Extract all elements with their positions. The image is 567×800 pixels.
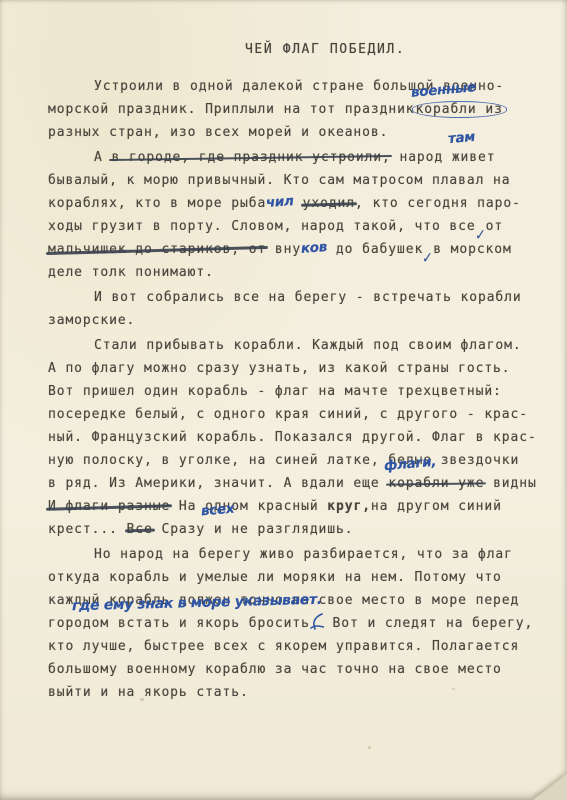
text-line: где ему знак в море указывает.городом вс… — [48, 612, 549, 635]
text-line: посередке белый, с одного края синий, с … — [48, 403, 549, 426]
typed-text: большому военному кораблю за час точно н… — [48, 662, 502, 677]
text-line: И вот собрались все на берегу - встречат… — [48, 286, 549, 309]
text-line: большому военному кораблю за час точно н… — [48, 658, 549, 681]
text-line: деле толк понимают. — [48, 261, 549, 284]
text-line: крест... Все Сразувсех и не разглядишь. — [48, 518, 549, 541]
page-corner-fold — [533, 774, 567, 800]
typed-text: Но народ на берегу живо разбирается, что… — [94, 547, 513, 562]
text-line: морской праздник. Приплыли на тот праздн… — [48, 98, 549, 121]
typed-text: и не разглядишь. — [205, 522, 353, 537]
document-title: ЧЕЙ ФЛАГ ПОБЕДИЛ. — [245, 38, 549, 61]
typed-text: разных стран, изо всех морей и океанов. — [48, 125, 388, 140]
struck-text: мальчишек до стариков, от — [48, 242, 266, 257]
typed-text: А — [94, 150, 111, 165]
typed-text: вну — [266, 242, 301, 257]
text-line: бывалый, к морю привычный. Кто сам матро… — [48, 169, 549, 192]
text-line: Стали прибывать корабли. Каждый под свои… — [48, 334, 549, 357]
insertion-swash-icon — [310, 613, 324, 631]
manuscript-page: ЧЕЙ ФЛАГ ПОБЕДИЛ. Устроили в одной далек… — [0, 0, 567, 800]
circled-typed-text: корабли из — [412, 101, 507, 118]
handwritten-correction: чил — [265, 190, 294, 215]
text-line: Но народ на берегу живо разбирается, что… — [48, 543, 549, 566]
typed-text: кто лучше, быстрее всех с якорем управит… — [48, 639, 519, 654]
struck-text: уходил — [303, 196, 355, 211]
typed-text: А по флагу можно сразу узнать, из какой … — [48, 361, 511, 376]
handwritten-insertion: там — [447, 126, 476, 151]
typed-text: заморские. — [48, 313, 135, 328]
typed-text: до бабушек — [327, 242, 423, 257]
typed-text: видны — [484, 476, 536, 491]
typed-text: от — [486, 219, 503, 234]
typed-text: круг, — [327, 499, 371, 514]
typed-text: в ряд. Из Америки, значит. А вдали еще — [48, 476, 388, 491]
text-line: кораблях, кто в море рыбачил уходил, кто… — [48, 192, 549, 215]
paragraph: Но народ на берегу живо разбирается, что… — [48, 543, 549, 704]
paragraph: А в городе, где праздник устроили, народ… — [48, 146, 549, 284]
text-line: А в городе, где праздник устроили, народ… — [48, 146, 549, 169]
text-line: И флаги разные На одном красный круг,на … — [48, 495, 549, 518]
typed-text: народ — [391, 150, 452, 165]
typed-text: бывалый, к морю привычный. Кто сам матро… — [48, 173, 511, 188]
typed-text: морской праздник. Приплыли на тот праздн… — [48, 102, 415, 117]
typed-text: на другом синий — [371, 499, 502, 514]
paragraph: Стали прибывать корабли. Каждый под свои… — [48, 334, 549, 541]
typed-text: Стали прибывать корабли. Каждый под свои… — [94, 338, 522, 353]
typed-text: деле толк понимают. — [48, 265, 214, 280]
text-line: ходы грузит в порту. Словом, народ такой… — [48, 215, 549, 238]
text-line: ный. Французский корабль. Показался друг… — [48, 426, 549, 449]
typed-text: Вот пришел один корабль - флаг на мачте … — [48, 384, 502, 399]
text-line: мальчишек до стариков, от внуков до бабу… — [48, 238, 549, 261]
typed-text: выйти и на якорь стать. — [48, 685, 249, 700]
typed-text: городом встать и якорь бросить — [48, 616, 310, 631]
typed-text: живет — [452, 150, 496, 165]
struck-text: Все — [127, 522, 153, 537]
typed-text: , кто сегодня паро- — [355, 196, 521, 211]
typescript-text-body: Устроили в одной далекой стране большой … — [48, 75, 549, 704]
paper-stain — [368, 746, 371, 749]
paragraph: И вот собрались все на берегу - встречат… — [48, 286, 549, 332]
typed-text: в морском — [433, 242, 512, 257]
text-line: А по флагу можно сразу узнать, из какой … — [48, 357, 549, 380]
typed-text: ный. Французский корабль. Показался друг… — [48, 430, 537, 445]
text-line: в ряд. Из Америки, значит. А вдали еще ф… — [48, 472, 549, 495]
typed-text: На одном красный — [170, 499, 327, 514]
handwritten-insertion: флаги, — [383, 451, 437, 478]
struck-text: в городе, где праздник устроили, — [111, 150, 390, 165]
typed-text: ходы грузит в порту. Словом, народ такой… — [48, 219, 476, 234]
typed-text: посередке белый, с одного края синий, с … — [48, 407, 528, 422]
text-line: откуда корабль и умелые ли моряки на нем… — [48, 566, 549, 589]
text-line: заморские. — [48, 309, 549, 332]
typed-text: Вот и следят на берегу, — [324, 616, 533, 631]
typed-text: ную полоску, в уголке, на синей латке, б… — [48, 453, 519, 468]
handwritten-correction: ков — [300, 236, 328, 261]
text-line: Вот пришел один корабль - флаг на мачте … — [48, 380, 549, 403]
struck-text: И флаги разные — [48, 499, 170, 514]
typed-text: Сразу — [153, 522, 205, 537]
typed-text: И вот собрались все на берегу - встречат… — [94, 290, 522, 305]
typed-text: крест... — [48, 522, 127, 537]
typed-text: кораблях, кто в море рыба — [48, 196, 266, 211]
typed-text: откуда корабль и умелые ли моряки на нем… — [48, 570, 502, 585]
text-line: кто лучше, быстрее всех с якорем управит… — [48, 635, 549, 658]
text-line: ную полоску, в уголке, на синей латке, б… — [48, 449, 549, 472]
text-line: выйти и на якорь стать. — [48, 681, 549, 704]
struck-text: корабли уже — [388, 476, 484, 491]
handwritten-insertion: всех — [200, 498, 235, 524]
